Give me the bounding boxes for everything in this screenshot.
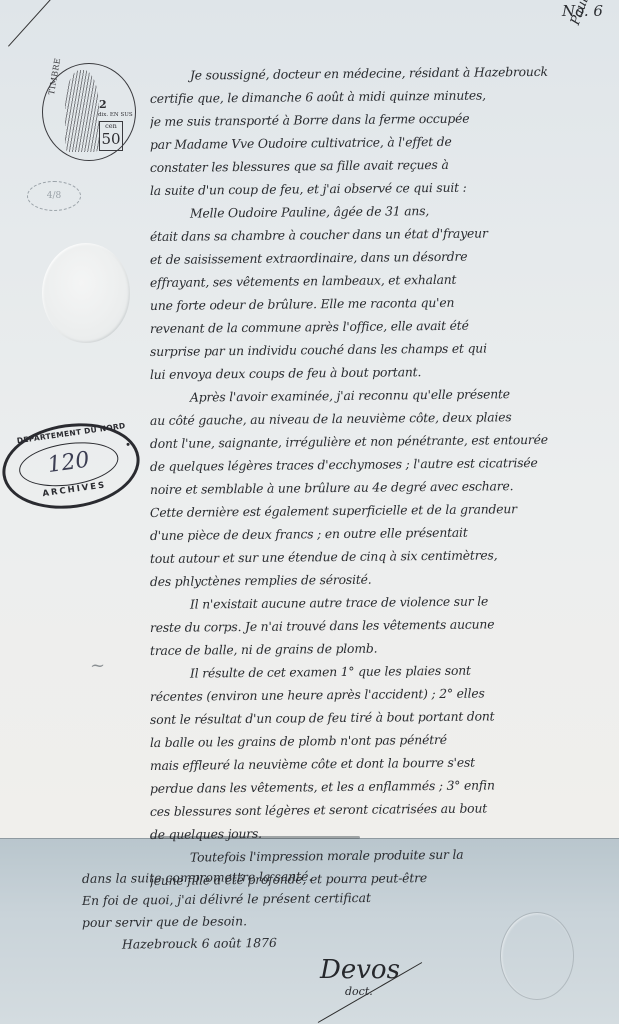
handwritten-line: Hazebrouck 6 août 1876 bbox=[82, 931, 371, 956]
certificate-body-text: Je soussigné, docteur en médecine, résid… bbox=[150, 64, 613, 892]
archives-number: 120 bbox=[18, 444, 119, 482]
margin-pencil-mark: ~ bbox=[90, 655, 105, 676]
timbre-value-top: 2 bbox=[99, 98, 107, 111]
embossed-seal bbox=[42, 243, 130, 343]
handwritten-line: dans la suite compromettre la santé. bbox=[82, 865, 371, 890]
archives-stamp-dot bbox=[126, 443, 129, 446]
handwritten-line: pour servir que de besoin. bbox=[82, 909, 371, 934]
timbre-value-suffix: dix. EN SUS bbox=[98, 112, 133, 118]
handwritten-line: En foi de quoi, j'ai délivré le présent … bbox=[82, 887, 371, 912]
justice-figure-icon bbox=[65, 70, 99, 152]
faint-oval-stamp: 4/8 bbox=[27, 181, 81, 211]
timbre-denomination: 50 bbox=[100, 131, 122, 148]
timbre-denomination-box: cen 50 bbox=[99, 121, 123, 151]
embossed-seal-bottom bbox=[500, 912, 574, 1000]
certificate-continuation-text: dans la suite compromettre la santé.En f… bbox=[82, 868, 371, 956]
timbre-fiscal-stamp: TIMBRE 2 dix. EN SUS cen 50 bbox=[42, 63, 136, 161]
